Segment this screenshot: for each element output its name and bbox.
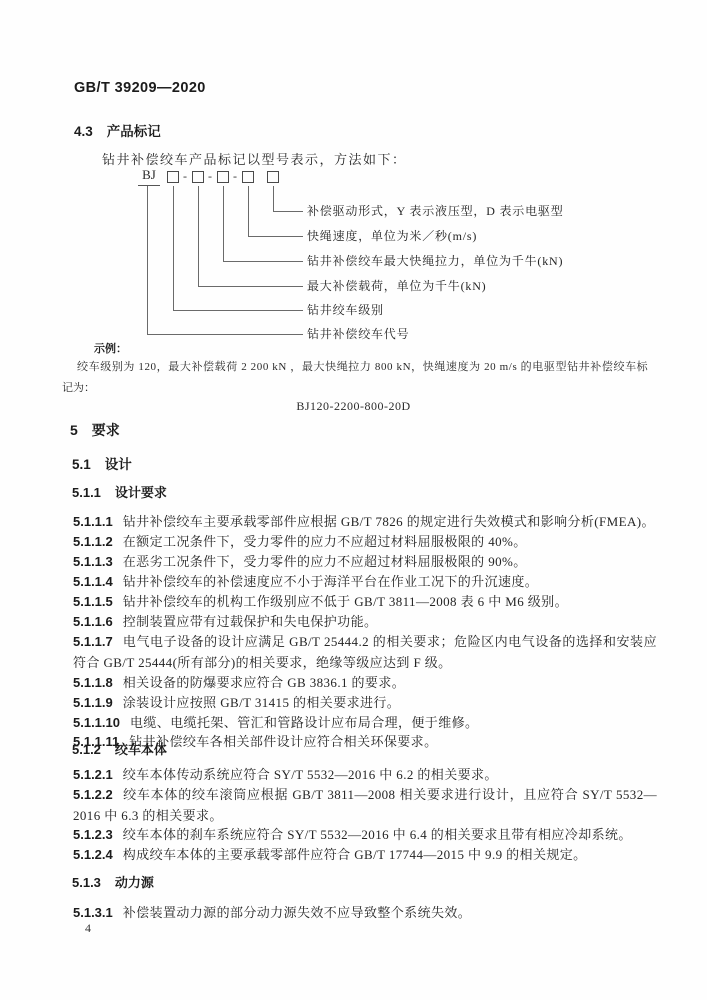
model-box-line-pull	[217, 171, 229, 183]
clause-text: 构成绞车本体的主要承载零部件应符合 GB/T 17744—2015 中 9.9 …	[123, 847, 587, 862]
diagram-label-line-speed: 快绳速度，单位为米／秒(m/s)	[307, 227, 477, 245]
clause-text: 补偿装置动力源的部分动力源失效不应导致整个系统失效。	[123, 905, 471, 920]
clause-text: 钻井补偿绞车各相关部件设计应符合相关环保要求。	[129, 734, 437, 749]
clause-text: 钻井补偿绞车的机构工作级别应不低于 GB/T 3811—2008 表 6 中 M…	[123, 594, 568, 609]
connector-horizontal-6	[147, 334, 303, 335]
connector-vertical-box3	[223, 186, 224, 261]
clause-5-1-1-7: 5.1.1.7电气电子设备的设计应满足 GB/T 25444.2 的相关要求；危…	[73, 632, 657, 673]
clause-number: 5.1.1.5	[73, 594, 113, 609]
connector-vertical-box2	[198, 186, 199, 286]
clause-text: 绞车本体的刹车系统应符合 SY/T 5532—2016 中 6.4 的相关要求且…	[123, 827, 632, 842]
diagram-label-max-load: 最大补偿载荷，单位为千牛(kN)	[307, 277, 486, 295]
clause-text: 涂装设计应按照 GB/T 31415 的相关要求进行。	[123, 695, 400, 710]
connector-horizontal-1	[273, 211, 303, 212]
model-separator: -	[208, 169, 212, 184]
document-page: GB/T 39209—2020 4.3产品标记 钻井补偿绞车产品标记以型号表示，…	[0, 0, 707, 1000]
diagram-label-winch-code: 钻井补偿绞车代号	[307, 325, 409, 343]
clause-number: 5.1.1.8	[73, 675, 113, 690]
diagram-label-line-pull: 钻井补偿绞车最大快绳拉力，单位为千牛(kN)	[307, 252, 563, 270]
example-text-line2: 记为：	[62, 379, 95, 395]
clause-5-1-1-9: 5.1.1.9涂装设计应按照 GB/T 31415 的相关要求进行。	[73, 693, 657, 714]
clause-text: 控制装置应带有过载保护和失电保护功能。	[123, 614, 378, 629]
clause-5-1-1-2: 5.1.1.2在额定工况条件下，受力零件的应力不应超过材料屈服极限的 40%。	[73, 532, 657, 553]
clause-number: 5.1.1.9	[73, 695, 113, 710]
section-title: 绞车本体	[115, 742, 167, 757]
clause-text: 钻井补偿绞车的补偿速度应不小于海洋平台在作业工况下的升沉速度。	[123, 574, 538, 589]
clause-5-1-2-4: 5.1.2.4构成绞车本体的主要承载零部件应符合 GB/T 17744—2015…	[73, 845, 657, 866]
clause-number: 5.1.2.1	[73, 767, 113, 782]
clause-text: 在恶劣工况条件下，受力零件的应力不应超过材料屈服极限的 90%。	[123, 554, 527, 569]
example-designation: BJ120-2200-800-20D	[0, 399, 707, 414]
section-number: 4.3	[74, 124, 93, 139]
clause-number: 5.1.1.7	[73, 634, 113, 649]
clause-number: 5.1.2.4	[73, 847, 113, 862]
section-heading-5-1-2: 5.1.2绞车本体	[72, 740, 167, 760]
model-separator: -	[183, 169, 187, 184]
section-title: 要求	[92, 422, 120, 438]
clause-5-1-1-8: 5.1.1.8相关设备的防爆要求应符合 GB 3836.1 的要求。	[73, 673, 657, 694]
clause-number: 5.1.2.3	[73, 827, 113, 842]
clause-5-1-1-6: 5.1.1.6控制装置应带有过载保护和失电保护功能。	[73, 612, 657, 633]
section-number: 5	[70, 422, 78, 438]
diagram-label-drive-type: 补偿驱动形式，Y 表示液压型，D 表示电驱型	[307, 202, 564, 220]
connector-horizontal-2	[248, 236, 303, 237]
section-number: 5.1.1	[72, 485, 101, 500]
clause-number: 5.1.1.6	[73, 614, 113, 629]
clause-number: 5.1.1.3	[73, 554, 113, 569]
clause-5-1-2-2: 5.1.2.2绞车本体的绞车滚筒应根据 GB/T 3811—2008 相关要求进…	[73, 785, 657, 826]
section-heading-5-1-1: 5.1.1设计要求	[72, 483, 167, 503]
clause-5-1-1-3: 5.1.1.3在恶劣工况条件下，受力零件的应力不应超过材料屈服极限的 90%。	[73, 552, 657, 573]
section-title: 动力源	[115, 875, 154, 890]
connector-horizontal-3	[223, 261, 303, 262]
connector-vertical-box1	[173, 186, 174, 310]
section-heading-4-3: 4.3产品标记	[74, 122, 161, 142]
section-number: 5.1	[72, 457, 91, 472]
clause-number: 5.1.1.1	[73, 514, 113, 529]
clause-text: 绞车本体传动系统应符合 SY/T 5532—2016 中 6.2 的相关要求。	[123, 767, 498, 782]
section-title: 设计	[105, 457, 132, 472]
example-label: 示例：	[94, 340, 127, 356]
page-number: 4	[85, 921, 91, 936]
clause-text: 钻井补偿绞车主要承载零部件应根据 GB/T 7826 的规定进行失效模式和影响分…	[123, 514, 655, 529]
clause-number: 5.1.1.10	[73, 715, 120, 730]
clause-5-1-1-4: 5.1.1.4钻井补偿绞车的补偿速度应不小于海洋平台在作业工况下的升沉速度。	[73, 572, 657, 593]
connector-vertical-box5	[273, 186, 274, 211]
clause-number: 5.1.1.2	[73, 534, 113, 549]
model-prefix: BJ	[138, 167, 160, 186]
clause-5-1-1-1: 5.1.1.1钻井补偿绞车主要承载零部件应根据 GB/T 7826 的规定进行失…	[73, 512, 657, 533]
clause-5-1-2-3: 5.1.2.3绞车本体的刹车系统应符合 SY/T 5532—2016 中 6.4…	[73, 825, 657, 846]
clause-text: 电气电子设备的设计应满足 GB/T 25444.2 的相关要求；危险区内电气设备…	[73, 634, 657, 670]
example-text-line1: 绞车级别为 120，最大补偿载荷 2 200 kN ，最大快绳拉力 800 kN…	[77, 359, 648, 376]
clause-5-1-2-1: 5.1.2.1绞车本体传动系统应符合 SY/T 5532—2016 中 6.2 …	[73, 765, 657, 786]
connector-vertical-prefix	[147, 186, 148, 334]
clause-number: 5.1.2.2	[73, 787, 113, 802]
model-box-line-speed	[242, 171, 254, 183]
connector-vertical-box4	[248, 186, 249, 236]
model-box-drive-type	[267, 171, 279, 183]
section-heading-5-1: 5.1设计	[72, 455, 132, 475]
clause-number: 5.1.1.4	[73, 574, 113, 589]
clause-text: 相关设备的防爆要求应符合 GB 3836.1 的要求。	[123, 675, 405, 690]
model-box-winch-class	[167, 171, 179, 183]
clause-5-1-1-5: 5.1.1.5钻井补偿绞车的机构工作级别应不低于 GB/T 3811—2008 …	[73, 592, 657, 613]
clause-text: 电缆、电缆托架、管汇和管路设计应布局合理，便于维修。	[130, 715, 478, 730]
connector-horizontal-4	[198, 286, 303, 287]
section-title: 产品标记	[107, 124, 161, 139]
model-separator: -	[233, 169, 237, 184]
clause-number: 5.1.3.1	[73, 905, 113, 920]
clause-5-1-3-1: 5.1.3.1补偿装置动力源的部分动力源失效不应导致整个系统失效。	[73, 903, 657, 924]
model-box-max-load	[192, 171, 204, 183]
clause-text: 在额定工况条件下，受力零件的应力不应超过材料屈服极限的 40%。	[123, 534, 527, 549]
clause-text: 绞车本体的绞车滚筒应根据 GB/T 3811—2008 相关要求进行设计，且应符…	[73, 787, 657, 823]
section-number: 5.1.2	[72, 742, 101, 757]
diagram-label-winch-class: 钻井绞车级别	[307, 301, 384, 319]
connector-horizontal-5	[173, 310, 303, 311]
section-heading-5-1-3: 5.1.3动力源	[72, 873, 154, 893]
standard-number: GB/T 39209—2020	[74, 80, 206, 96]
section-title: 设计要求	[115, 485, 167, 500]
section-heading-5: 5要求	[70, 420, 120, 440]
clause-5-1-1-10: 5.1.1.10电缆、电缆托架、管汇和管路设计应布局合理，便于维修。	[73, 713, 657, 734]
section-number: 5.1.3	[72, 875, 101, 890]
